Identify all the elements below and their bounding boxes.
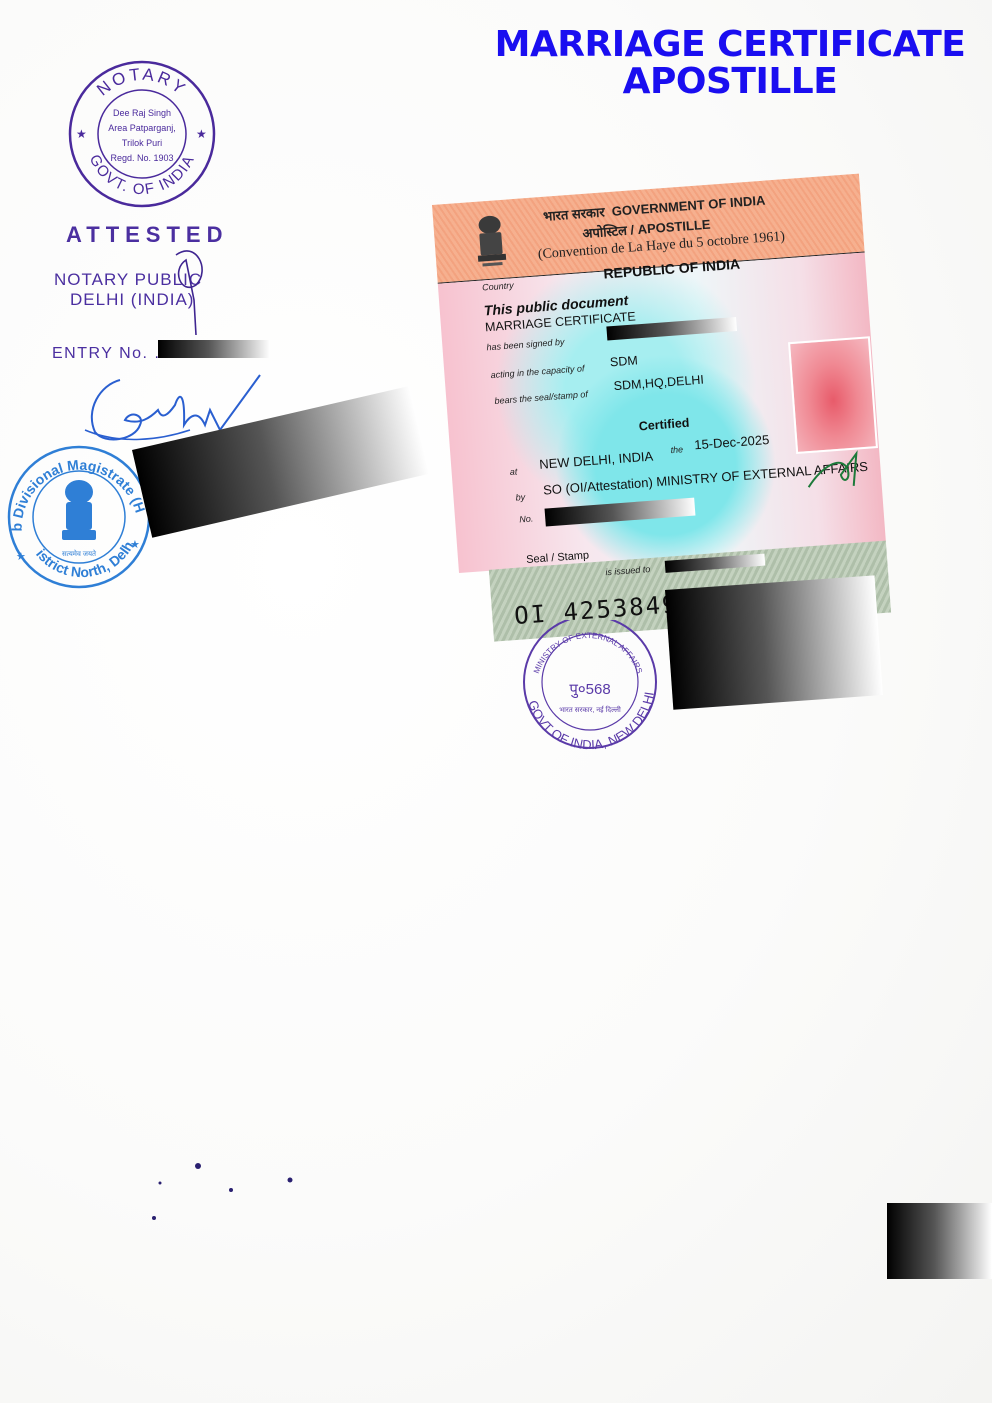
by-label: by — [515, 492, 525, 503]
notary-seal: NOTARY GOVT. OF INDIA ★ ★ Dee Raj Singh … — [66, 58, 218, 210]
title-line-2: APOSTILLE — [470, 63, 990, 100]
svg-text:Dee Raj Singh: Dee Raj Singh — [113, 108, 171, 118]
svg-text:★: ★ — [130, 539, 140, 551]
entry-label: ENTRY No. — [52, 345, 149, 362]
redaction-mea-stamp — [665, 575, 883, 709]
certified-label: Certified — [638, 416, 690, 434]
at-label: at — [509, 466, 517, 477]
svg-text:★: ★ — [16, 551, 26, 563]
svg-text:Area Patparganj,: Area Patparganj, — [108, 123, 176, 133]
notary-location: DELHI (INDIA) — [70, 290, 258, 310]
mea-seal: MINISTRY OF EXTERNAL AFFAIRS GOVT OF IND… — [514, 620, 668, 752]
apostille-certificate: भारत सरकार GOVERNMENT OF INDIA अपोस्टिल … — [432, 174, 891, 644]
seal-value: SDM,HQ,DELHI — [613, 373, 704, 394]
notary-initials-signature — [166, 240, 216, 340]
signed-by-label: has been signed by — [486, 337, 565, 353]
apostille-body: Country REPUBLIC OF INDIA This public do… — [438, 252, 886, 573]
no-label: No. — [519, 513, 534, 524]
svg-text:भारत सरकार, नई दिल्ली: भारत सरकार, नई दिल्ली — [559, 705, 621, 714]
attested-label: ATTESTED — [66, 222, 258, 248]
attestation-block: ATTESTED NOTARY PUBLIC DELHI (INDIA) — [48, 222, 258, 310]
capacity-value: SDM — [609, 353, 638, 369]
svg-text:Trilok Puri: Trilok Puri — [122, 138, 162, 148]
svg-text:★: ★ — [196, 127, 207, 141]
document-title: MARRIAGE CERTIFICATE APOSTILLE — [470, 26, 990, 100]
hologram-photo — [788, 336, 878, 454]
svg-text:सत्यमेव जयते: सत्यमेव जयते — [62, 549, 97, 558]
at-value: NEW DELHI, INDIA — [539, 449, 654, 472]
official-signature — [801, 443, 874, 498]
svg-text:MINISTRY OF EXTERNAL AFFAIRS: MINISTRY OF EXTERNAL AFFAIRS — [532, 631, 644, 675]
redaction-entry — [158, 340, 270, 358]
svg-text:Regd. No. 1903: Regd. No. 1903 — [110, 153, 173, 163]
ink-specks — [120, 1140, 320, 1230]
ashoka-emblem-icon — [469, 211, 513, 270]
capacity-label: acting in the capacity of — [490, 363, 585, 380]
seal-label: bears the seal/stamp of — [494, 389, 588, 406]
title-line-1: MARRIAGE CERTIFICATE — [470, 26, 990, 63]
date-value: 15-Dec-2025 — [694, 432, 770, 452]
country-label: Country — [482, 280, 514, 292]
the-label: the — [670, 444, 683, 455]
svg-text:★: ★ — [76, 127, 87, 141]
sdm-seal: Sub Divisional Magistrate (HQ) District … — [4, 444, 154, 590]
svg-text:पु०568: पु०568 — [569, 681, 610, 699]
ashoka-emblem-icon — [62, 480, 96, 540]
redaction-bottom-right — [887, 1203, 992, 1279]
redaction-number — [545, 498, 696, 527]
notary-public-label: NOTARY PUBLIC — [54, 270, 258, 290]
